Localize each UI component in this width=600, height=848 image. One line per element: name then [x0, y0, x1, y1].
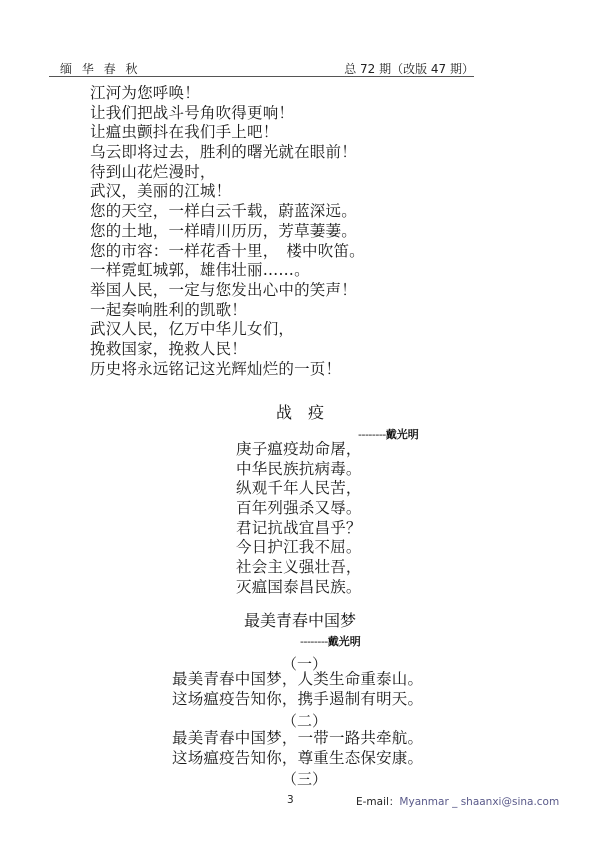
poem-line: 江河为您呼唤！: [90, 84, 510, 104]
poem-line: 最美青春中国梦，一带一路共牵航。: [172, 729, 423, 749]
poem-line: 待到山花烂漫时，: [90, 163, 510, 183]
poem-line: 纵观千年人民苦，: [236, 479, 362, 499]
email-address[interactable]: Myanmar _ shaanxi@sina.com: [399, 796, 559, 808]
poem-line: 这场瘟疫告知你，携手遏制有明天。: [172, 690, 423, 710]
poem-line: 君记抗战宜昌乎？: [236, 519, 362, 539]
poem-title-zuimei: 最美青春中国梦: [244, 608, 356, 631]
author-dashes: --------: [358, 428, 386, 441]
poem-section-1: 最美青春中国梦，人类生命重泰山。 这场瘟疫告知你，携手遏制有明天。: [172, 670, 423, 709]
poem-line: 一样霓虹城郭，雄伟壮丽……。: [90, 261, 510, 281]
author-name: 戴光明: [328, 635, 361, 648]
publication-name: 缅 华 春 秋: [60, 60, 140, 77]
poem-line: 您的天空，一样白云千载，蔚蓝深远。: [90, 202, 510, 222]
poem-body-zhanyi: 庚子瘟疫劫命屠， 中华民族抗病毒。 纵观千年人民苦， 百年列强杀又辱。 君记抗战…: [236, 440, 362, 598]
poem-line: 乌云即将过去，胜利的曙光就在眼前！: [90, 143, 510, 163]
section-number-3: （三）: [282, 768, 327, 789]
issue-number: 总 72 期（改版 47 期）: [344, 60, 474, 77]
poem-line: 这场瘟疫告知你，尊重生态保安康。: [172, 749, 423, 769]
poem-line: 庚子瘟疫劫命屠，: [236, 440, 362, 460]
page-header: 缅 华 春 秋 总 72 期（改版 47 期）: [49, 58, 474, 76]
email-label: E-mail：: [356, 796, 399, 808]
poem-continuation: 江河为您呼唤！ 让我们把战斗号角吹得更响！ 让瘟虫颤抖在我们手上吧！ 乌云即将过…: [90, 84, 510, 379]
poem-line: 您的市容：一样花香十里， 楼中吹笛。: [90, 242, 510, 262]
poem-line: 挽救国家，挽救人民！: [90, 340, 510, 360]
poem-line: 中华民族抗病毒。: [236, 460, 362, 480]
author-name: 戴光明: [386, 428, 419, 441]
poem-line: 武汉人民，亿万中华儿女们，: [90, 320, 510, 340]
author-dashes: --------: [300, 635, 328, 648]
poem-section-2: 最美青春中国梦，一带一路共牵航。 这场瘟疫告知你，尊重生态保安康。: [172, 729, 423, 768]
poem-line: 历史将永远铭记这光辉灿烂的一页！: [90, 360, 510, 380]
poem-author-zuimei: --------戴光明: [300, 633, 361, 649]
poem-title-zhanyi: 战 疫: [276, 400, 324, 423]
footer-email: E-mail：Myanmar _ shaanxi@sina.com: [356, 794, 559, 809]
section-number-2: （二）: [282, 710, 327, 731]
poem-line: 一起奏响胜利的凯歌！: [90, 301, 510, 321]
page-number: 3: [287, 794, 294, 806]
poem-line: 您的土地，一样晴川历历，芳草萋萋。: [90, 222, 510, 242]
poem-line: 社会主义强壮吾，: [236, 558, 362, 578]
poem-line: 让瘟虫颤抖在我们手上吧！: [90, 123, 510, 143]
poem-line: 灭瘟国泰昌民族。: [236, 578, 362, 598]
poem-line: 百年列强杀又辱。: [236, 499, 362, 519]
poem-line: 武汉，美丽的江城！: [90, 182, 510, 202]
poem-line: 最美青春中国梦，人类生命重泰山。: [172, 670, 423, 690]
poem-author-zhanyi: --------戴光明: [358, 426, 419, 442]
poem-line: 让我们把战斗号角吹得更响！: [90, 104, 510, 124]
poem-line: 今日护江我不屈。: [236, 538, 362, 558]
header-divider: [49, 76, 474, 77]
poem-line: 举国人民，一定与您发出心中的笑声！: [90, 281, 510, 301]
